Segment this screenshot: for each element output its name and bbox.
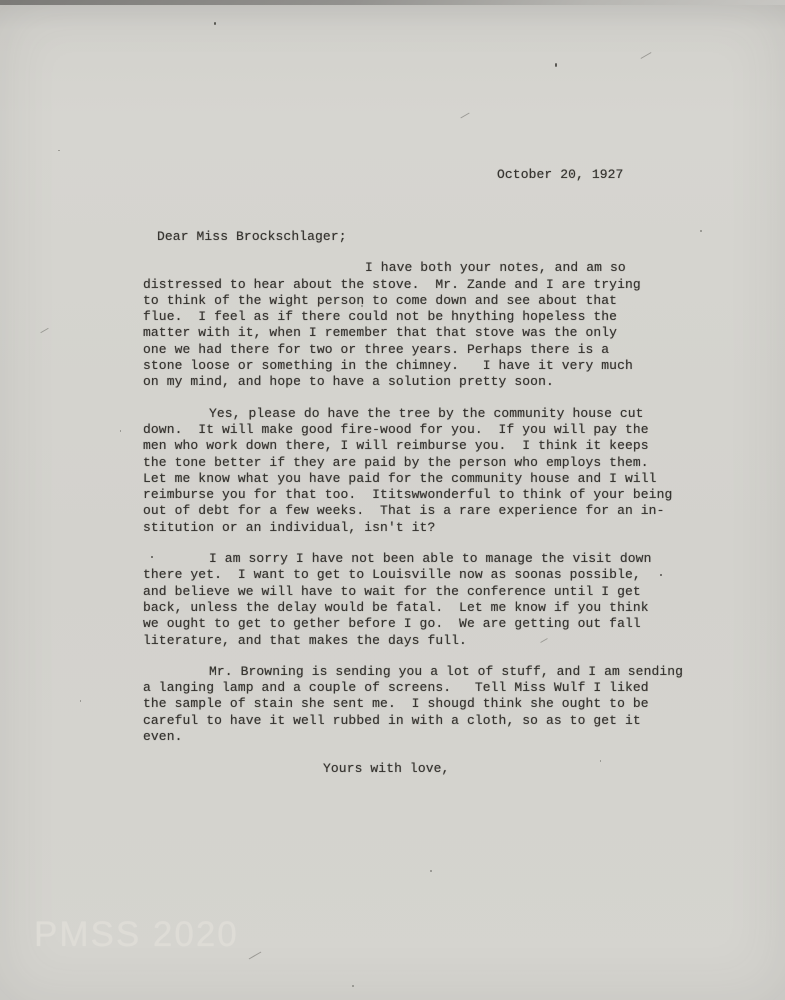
letter-body: Dear Miss Brockschlager; I have both you…: [143, 229, 688, 778]
scan-edge-shadow: [0, 0, 785, 5]
scanned-letter-page: October 20, 1927 Dear Miss Brockschlager…: [0, 0, 785, 1000]
watermark: PMSS 2020: [34, 915, 239, 955]
paragraph-1: I have both your notes, and am so distre…: [143, 260, 688, 390]
paragraph-4: Mr. Browning is sending you a lot of stu…: [143, 664, 688, 745]
salutation: Dear Miss Brockschlager;: [143, 229, 688, 245]
paragraph-3: I am sorry I have not been able to manag…: [143, 551, 688, 649]
closing-line: Yours with love,: [323, 761, 688, 777]
letter-date: October 20, 1927: [497, 167, 623, 183]
paragraph-2: Yes, please do have the tree by the comm…: [143, 406, 688, 536]
